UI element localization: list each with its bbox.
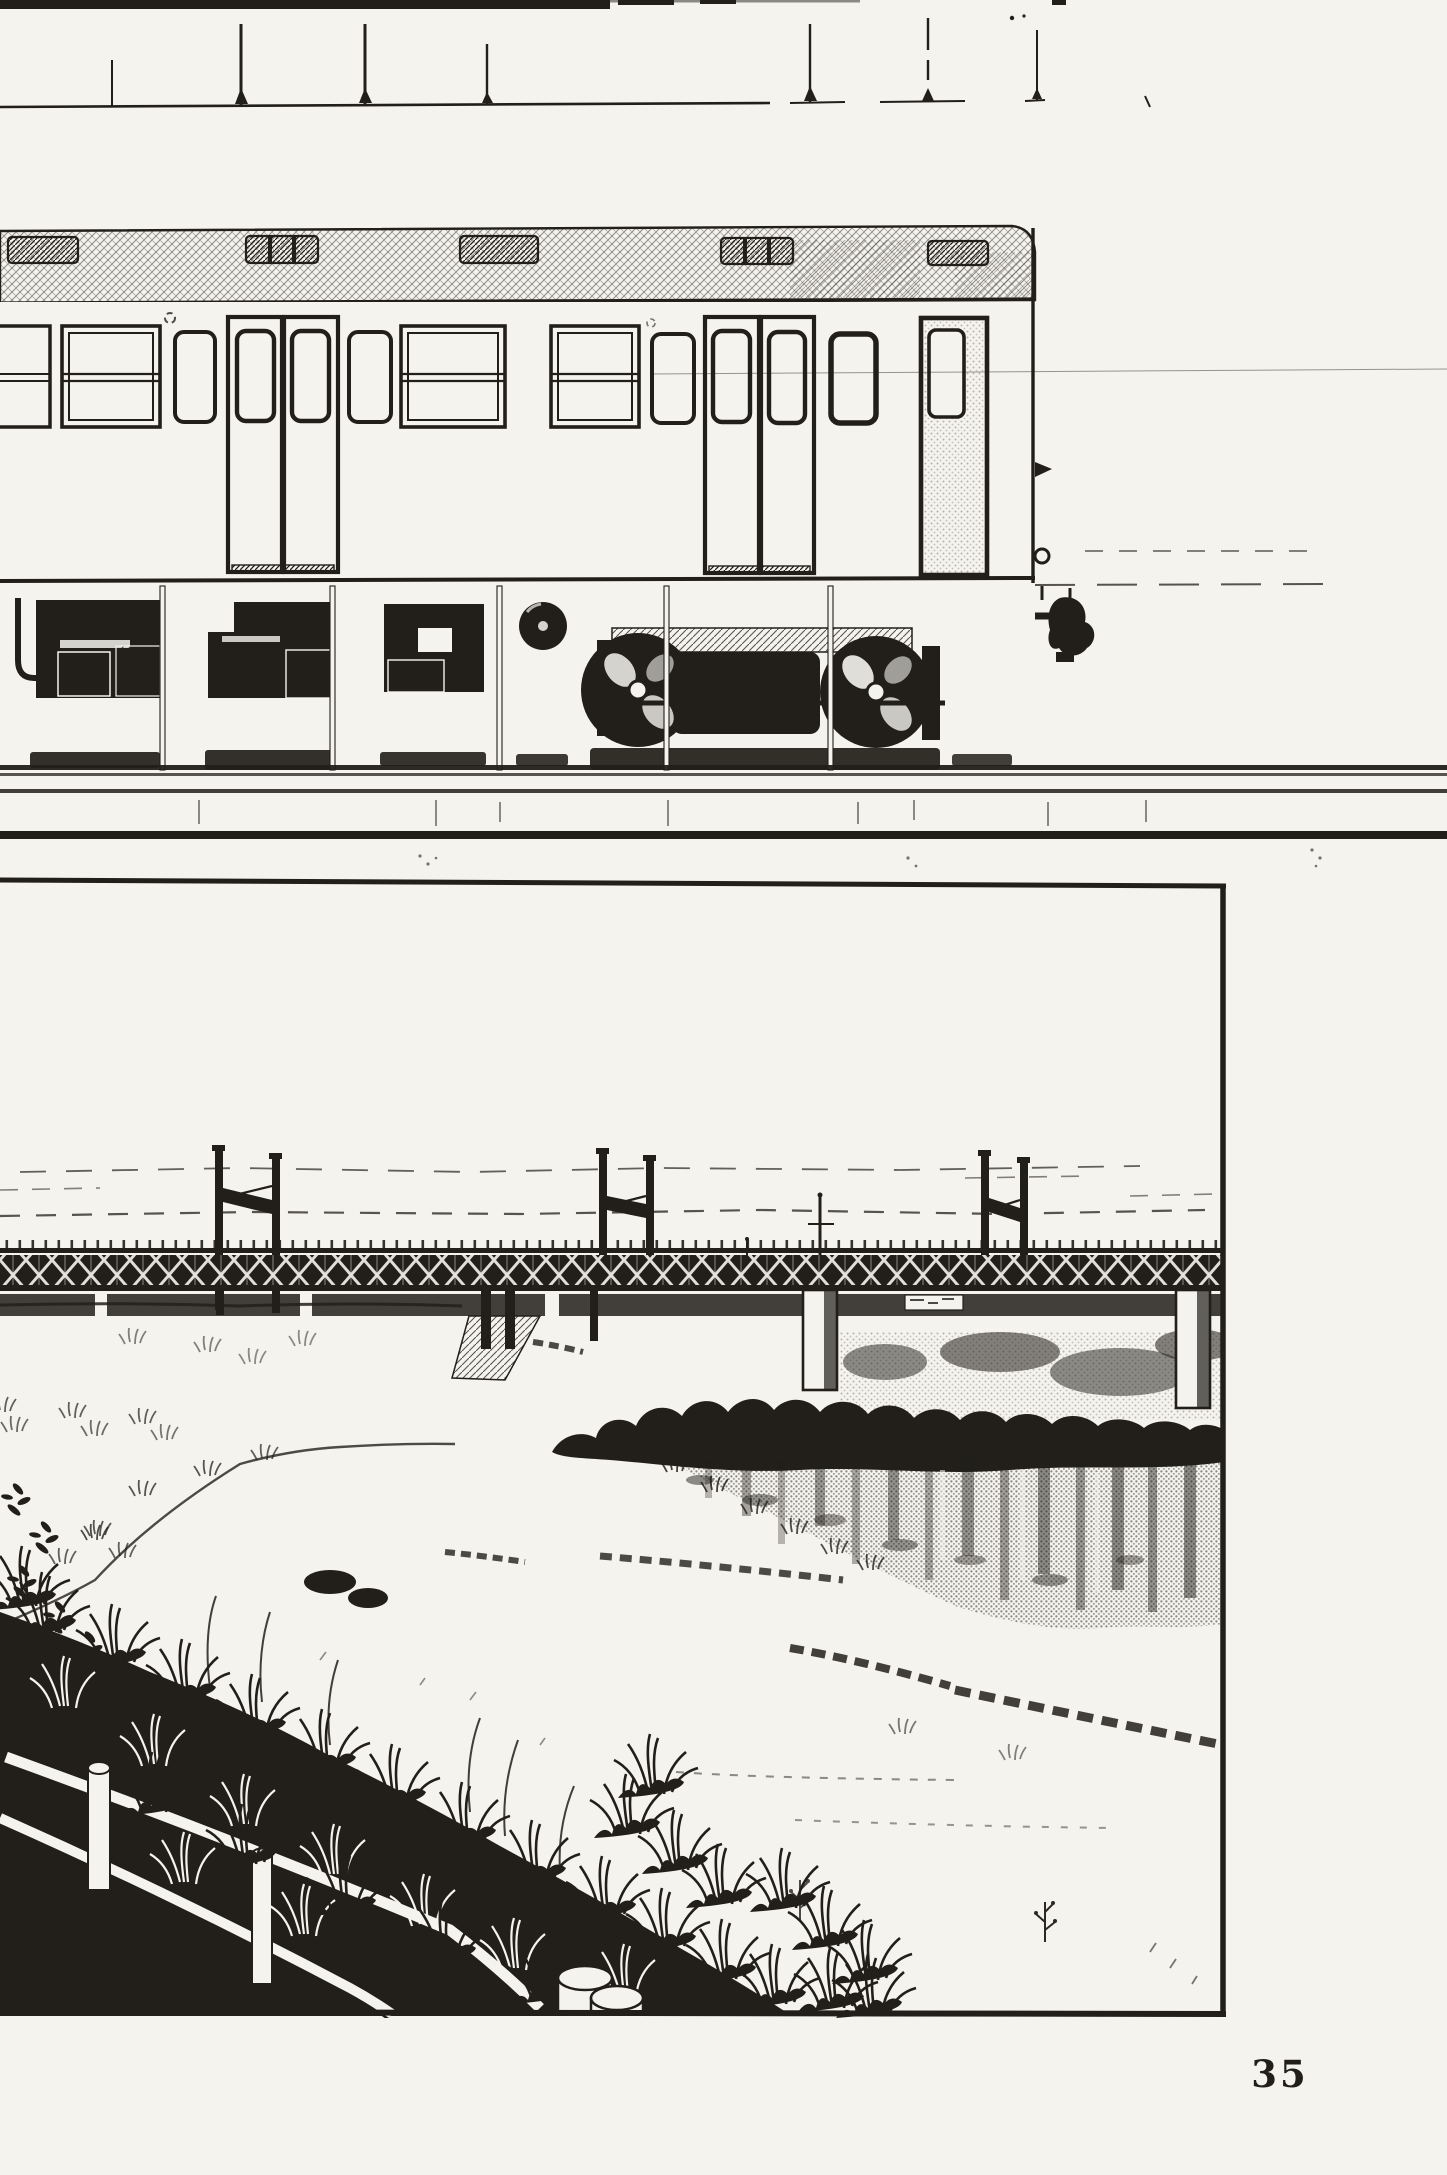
guardrail-post xyxy=(252,1849,272,1985)
window-pair xyxy=(401,326,505,427)
page-number: 35 xyxy=(1240,2052,1320,2096)
manga-page-scan: 35 xyxy=(0,0,1447,2175)
coupler xyxy=(1035,586,1094,662)
wheel xyxy=(820,636,932,748)
narrow-window xyxy=(652,334,694,423)
wheel xyxy=(581,633,695,747)
underfloor-equipment xyxy=(18,598,567,698)
double-door xyxy=(228,317,338,573)
narrow-window xyxy=(175,332,215,422)
track-lines xyxy=(0,765,1447,867)
guardrail-post xyxy=(88,1762,110,1890)
train-illustration-panel xyxy=(0,226,1447,867)
railway-girder-bridge xyxy=(0,1240,1225,1291)
bridge-pier xyxy=(1176,1290,1210,1408)
window-pair xyxy=(551,326,639,427)
bridge-pier xyxy=(803,1290,837,1390)
narrow-window xyxy=(349,332,391,422)
end-ring xyxy=(1035,549,1049,563)
grab-hook xyxy=(1035,462,1052,477)
double-door xyxy=(705,317,814,574)
page-artwork xyxy=(0,0,1447,2175)
bogie-truck xyxy=(581,628,945,748)
platform-wall-joint-line xyxy=(0,18,1150,107)
end-door xyxy=(921,318,987,575)
window-pair xyxy=(62,326,160,427)
page-top-trim-bar xyxy=(0,0,1066,20)
narrow-window xyxy=(831,334,876,423)
